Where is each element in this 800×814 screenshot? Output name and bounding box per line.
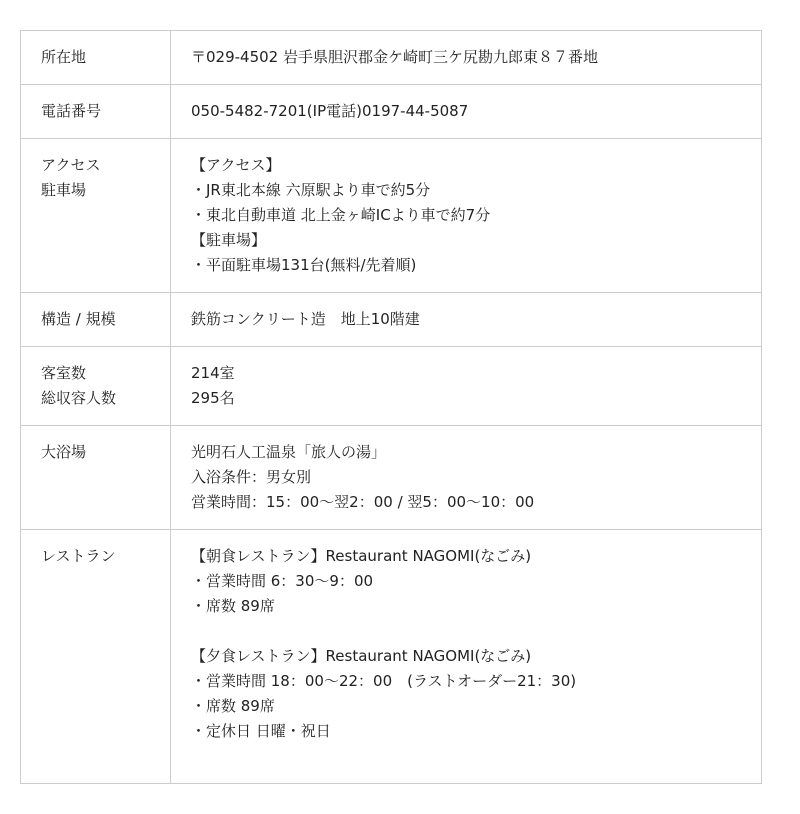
value-line: 【朝食レストラン】Restaurant NAGOMI(なごみ): [191, 544, 761, 569]
table-row-address: 所在地 〒029-4502 岩手県胆沢郡金ケ崎町三ケ尻勘九郎東８７番地: [21, 31, 762, 85]
row-value-bath: 光明石人工温泉「旅人の湯」 入浴条件：男女別 営業時間：15：00〜翌2：00 …: [171, 426, 762, 530]
table-row-bath: 大浴場 光明石人工温泉「旅人の湯」 入浴条件：男女別 営業時間：15：00〜翌2…: [21, 426, 762, 530]
row-value-rooms: 214室 295名: [171, 347, 762, 426]
value-line: ・営業時間 6：30〜9：00: [191, 569, 761, 594]
row-label-access: アクセス 駐車場: [21, 139, 171, 293]
value-line: ・JR東北本線 六原駅より車で約5分: [191, 178, 761, 203]
row-value-phone: 050-5482-7201(IP電話)0197-44-5087: [171, 85, 762, 139]
row-value-access: 【アクセス】 ・JR東北本線 六原駅より車で約5分 ・東北自動車道 北上金ヶ崎I…: [171, 139, 762, 293]
value-line: ・席数 89席: [191, 594, 761, 619]
label-line: 構造 / 規模: [41, 307, 170, 332]
row-value-address: 〒029-4502 岩手県胆沢郡金ケ崎町三ケ尻勘九郎東８７番地: [171, 31, 762, 85]
row-label-restaurant: レストラン: [21, 530, 171, 784]
value-line: ・営業時間 18：00〜22：00 (ラストオーダー21：30): [191, 669, 761, 694]
row-label-bath: 大浴場: [21, 426, 171, 530]
value-line: 〒029-4502 岩手県胆沢郡金ケ崎町三ケ尻勘九郎東８７番地: [191, 45, 761, 70]
value-line: ・定休日 日曜・祝日: [191, 719, 761, 744]
table-row-phone: 電話番号 050-5482-7201(IP電話)0197-44-5087: [21, 85, 762, 139]
value-line-blank: [191, 619, 761, 644]
table-row-structure: 構造 / 規模 鉄筋コンクリート造 地上10階建: [21, 293, 762, 347]
label-line: 所在地: [41, 45, 170, 70]
value-line: 鉄筋コンクリート造 地上10階建: [191, 307, 761, 332]
label-line: 駐車場: [41, 178, 170, 203]
value-line: 営業時間：15：00〜翌2：00 / 翌5：00〜10：00: [191, 490, 761, 515]
label-line: レストラン: [41, 544, 170, 569]
value-line: 050-5482-7201(IP電話)0197-44-5087: [191, 99, 761, 124]
value-line: 【夕食レストラン】Restaurant NAGOMI(なごみ): [191, 644, 761, 669]
value-line: ・東北自動車道 北上金ヶ崎ICより車で約7分: [191, 203, 761, 228]
label-line: アクセス: [41, 153, 170, 178]
value-line: ・席数 89席: [191, 694, 761, 719]
hotel-info-table: 所在地 〒029-4502 岩手県胆沢郡金ケ崎町三ケ尻勘九郎東８７番地 電話番号…: [20, 30, 762, 784]
value-line: 295名: [191, 386, 761, 411]
label-line: 電話番号: [41, 99, 170, 124]
value-line: 214室: [191, 361, 761, 386]
table-row-restaurant: レストラン 【朝食レストラン】Restaurant NAGOMI(なごみ) ・営…: [21, 530, 762, 784]
row-value-structure: 鉄筋コンクリート造 地上10階建: [171, 293, 762, 347]
table-row-rooms: 客室数 総収容人数 214室 295名: [21, 347, 762, 426]
value-line: 【アクセス】: [191, 153, 761, 178]
table-row-access: アクセス 駐車場 【アクセス】 ・JR東北本線 六原駅より車で約5分 ・東北自動…: [21, 139, 762, 293]
value-line: ・平面駐車場131台(無料/先着順): [191, 253, 761, 278]
label-line: 総収容人数: [41, 386, 170, 411]
value-line: 入浴条件：男女別: [191, 465, 761, 490]
row-label-address: 所在地: [21, 31, 171, 85]
value-line: 【駐車場】: [191, 228, 761, 253]
label-line: 客室数: [41, 361, 170, 386]
row-label-structure: 構造 / 規模: [21, 293, 171, 347]
row-label-rooms: 客室数 総収容人数: [21, 347, 171, 426]
row-label-phone: 電話番号: [21, 85, 171, 139]
value-line: 光明石人工温泉「旅人の湯」: [191, 440, 761, 465]
row-value-restaurant: 【朝食レストラン】Restaurant NAGOMI(なごみ) ・営業時間 6：…: [171, 530, 762, 784]
label-line: 大浴場: [41, 440, 170, 465]
